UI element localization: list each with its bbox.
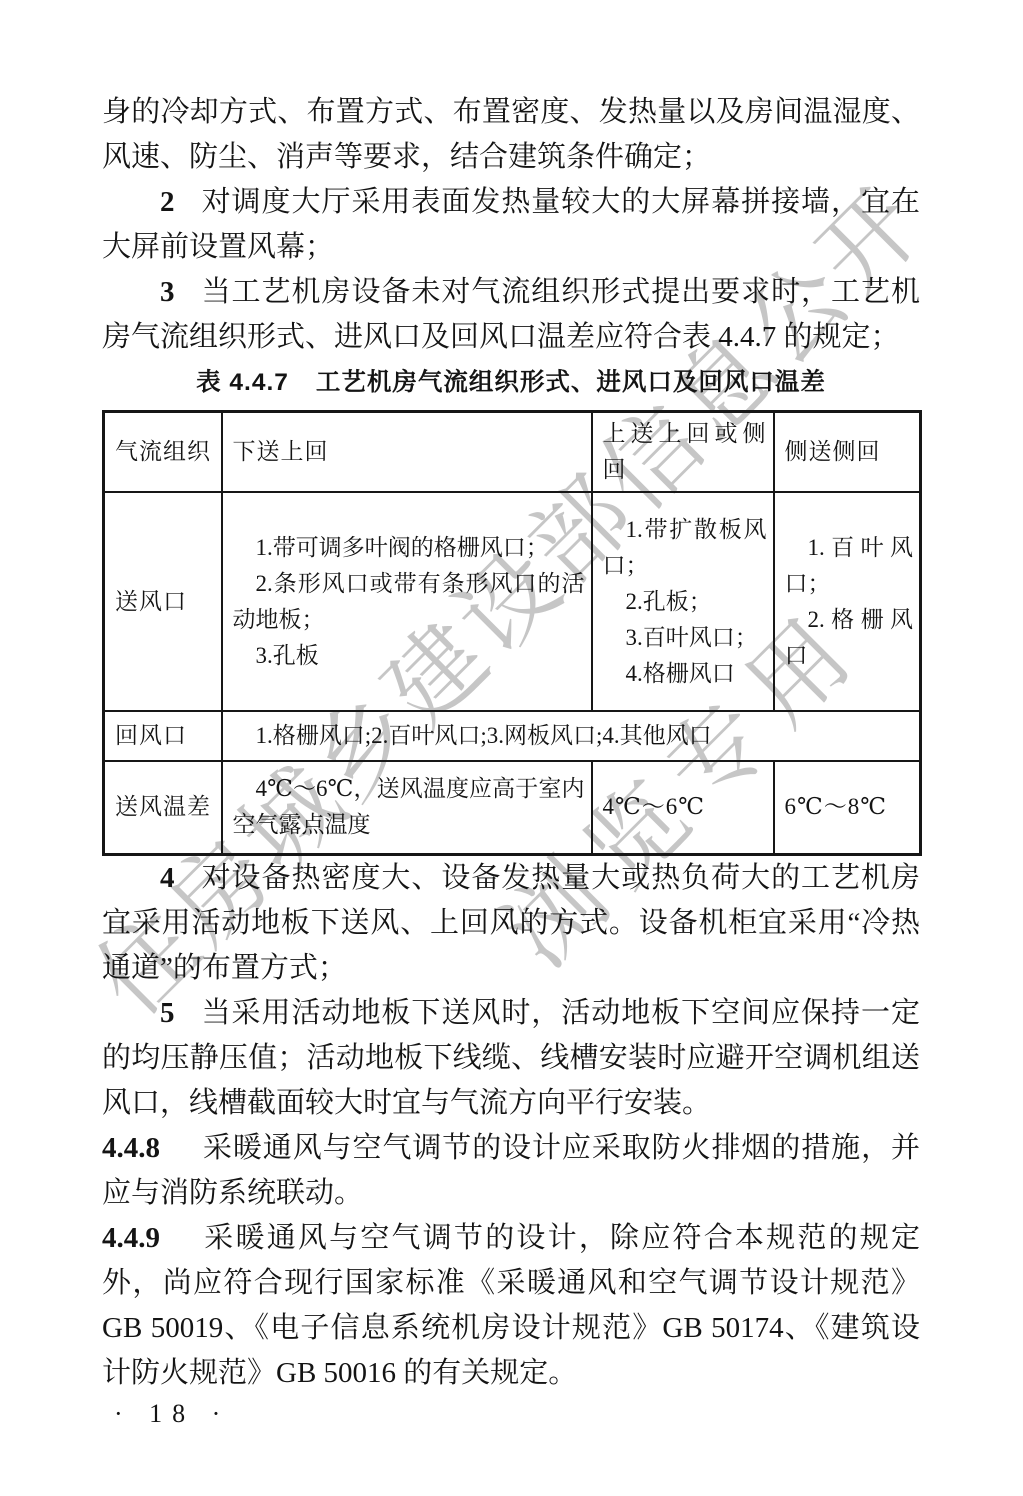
cell-temp-down-up: 4℃～6℃，送风温度应高于室内空气露点温度 <box>222 761 592 854</box>
section-4-4-9: 4.4.9采暖通风与空气调节的设计，除应符合本规范的规定外，尚应符合现行国家标准… <box>102 1216 920 1396</box>
table-row-supply-outlet: 送风口 1.带可调多叶阀的格栅风口； 2.条形风口或带有条形风口的活动地板； 3… <box>104 492 921 711</box>
document-page: 住房城乡建设部信息公开 浏览专用 身的冷却方式、布置方式、布置密度、发热量以及房… <box>0 0 1023 1496</box>
cell-line: 2.条形风口或带有条形风口的活动地板； <box>233 566 585 638</box>
page-number: · 18 · <box>114 1400 920 1428</box>
cell-line: 1.带扩散板风口； <box>603 512 767 584</box>
section-4-4-8-text: 采暖通风与空气调节的设计应采取防火排烟的措施，并应与消防系统联动。 <box>102 1132 920 1209</box>
cell-supply-up-up-side: 1.带扩散板风口； 2.孔板； 3.百叶风口； 4.格栅风口 <box>592 492 774 711</box>
page-content: 身的冷却方式、布置方式、布置密度、发热量以及房间温湿度、风速、防尘、消声等要求，… <box>0 0 1023 1428</box>
airflow-table: 气流组织 下送上回 上送上回或侧回 侧送侧回 送风口 1.带可调多叶阀的格栅风口… <box>102 410 922 856</box>
list-item-4-text: 对设备热密度大、设备发热量大或热负荷大的工艺机房宜采用活动地板下送风、上回风的方… <box>102 862 920 984</box>
list-item-3-number: 3 <box>160 276 175 308</box>
list-item-4: 4对设备热密度大、设备发热量大或热负荷大的工艺机房宜采用活动地板下送风、上回风的… <box>102 856 920 991</box>
cell-return-all: 1.格栅风口;2.百叶风口;3.网板风口;4.其他风口 <box>222 711 921 761</box>
cell-line: 3.孔板 <box>233 638 585 674</box>
header-down-supply-up-return: 下送上回 <box>222 412 592 493</box>
list-item-5: 5当采用活动地板下送风时，活动地板下空间应保持一定的均压静压值；活动地板下线缆、… <box>102 991 920 1126</box>
table-title: 表 4.4.7工艺机房气流组织形式、进风口及回风口温差 <box>102 364 920 402</box>
cell-line: 3.百叶风口； <box>603 620 767 656</box>
cell-line: 1.格栅风口;2.百叶风口;3.网板风口;4.其他风口 <box>233 718 914 754</box>
table-number-label: 表 4.4.7 <box>196 369 289 396</box>
list-item-3: 3当工艺机房设备未对气流组织形式提出要求时，工艺机房气流组织形式、进风口及回风口… <box>102 270 920 360</box>
header-side-supply-side-return: 侧送侧回 <box>774 412 921 493</box>
row-label-return-outlet: 回风口 <box>104 711 222 761</box>
header-airflow-organization: 气流组织 <box>104 412 222 493</box>
paragraph-continuation: 身的冷却方式、布置方式、布置密度、发热量以及房间温湿度、风速、防尘、消声等要求，… <box>102 90 920 180</box>
header-up-supply-up-or-side-return: 上送上回或侧回 <box>592 412 774 493</box>
cell-temp-side-side: 6℃～8℃ <box>774 761 921 854</box>
cell-line: 2.孔板； <box>603 584 767 620</box>
list-item-4-number: 4 <box>160 862 175 894</box>
list-item-2-number: 2 <box>160 186 175 218</box>
cell-line: 4.格栅风口 <box>603 656 767 692</box>
row-label-supply-outlet: 送风口 <box>104 492 222 711</box>
cell-line: 1.带可调多叶阀的格栅风口； <box>233 530 585 566</box>
table-row-return-outlet: 回风口 1.格栅风口;2.百叶风口;3.网板风口;4.其他风口 <box>104 711 921 761</box>
cell-line: 4℃～6℃，送风温度应高于室内空气露点温度 <box>233 771 585 843</box>
cell-temp-up-up-side: 4℃～6℃ <box>592 761 774 854</box>
list-item-2-text: 对调度大厅采用表面发热量较大的大屏幕拼接墙，宜在大屏前设置风幕； <box>102 186 920 263</box>
table-row-supply-temp-difference: 送风温差 4℃～6℃，送风温度应高于室内空气露点温度 4℃～6℃ 6℃～8℃ <box>104 761 921 854</box>
table-header-row: 气流组织 下送上回 上送上回或侧回 侧送侧回 <box>104 412 921 493</box>
list-item-5-text: 当采用活动地板下送风时，活动地板下空间应保持一定的均压静压值；活动地板下线缆、线… <box>102 997 920 1119</box>
list-item-2: 2对调度大厅采用表面发热量较大的大屏幕拼接墙，宜在大屏前设置风幕； <box>102 180 920 270</box>
cell-line: 1.百叶风口； <box>785 530 914 602</box>
cell-line: 2.格栅风口 <box>785 602 914 674</box>
row-label-supply-temp-difference: 送风温差 <box>104 761 222 854</box>
section-4-4-9-number: 4.4.9 <box>102 1222 160 1254</box>
cell-supply-down-up: 1.带可调多叶阀的格栅风口； 2.条形风口或带有条形风口的活动地板； 3.孔板 <box>222 492 592 711</box>
list-item-3-text: 当工艺机房设备未对气流组织形式提出要求时，工艺机房气流组织形式、进风口及回风口温… <box>102 276 920 353</box>
section-4-4-9-text: 采暖通风与空气调节的设计，除应符合本规范的规定外，尚应符合现行国家标准《采暖通风… <box>102 1222 920 1389</box>
cell-supply-side-side: 1.百叶风口； 2.格栅风口 <box>774 492 921 711</box>
section-4-4-8: 4.4.8采暖通风与空气调节的设计应采取防火排烟的措施，并应与消防系统联动。 <box>102 1126 920 1216</box>
section-4-4-8-number: 4.4.8 <box>102 1132 160 1164</box>
paragraph-continuation-text: 身的冷却方式、布置方式、布置密度、发热量以及房间温湿度、风速、防尘、消声等要求，… <box>102 96 920 173</box>
list-item-5-number: 5 <box>160 997 175 1029</box>
table-title-text: 工艺机房气流组织形式、进风口及回风口温差 <box>316 369 826 396</box>
